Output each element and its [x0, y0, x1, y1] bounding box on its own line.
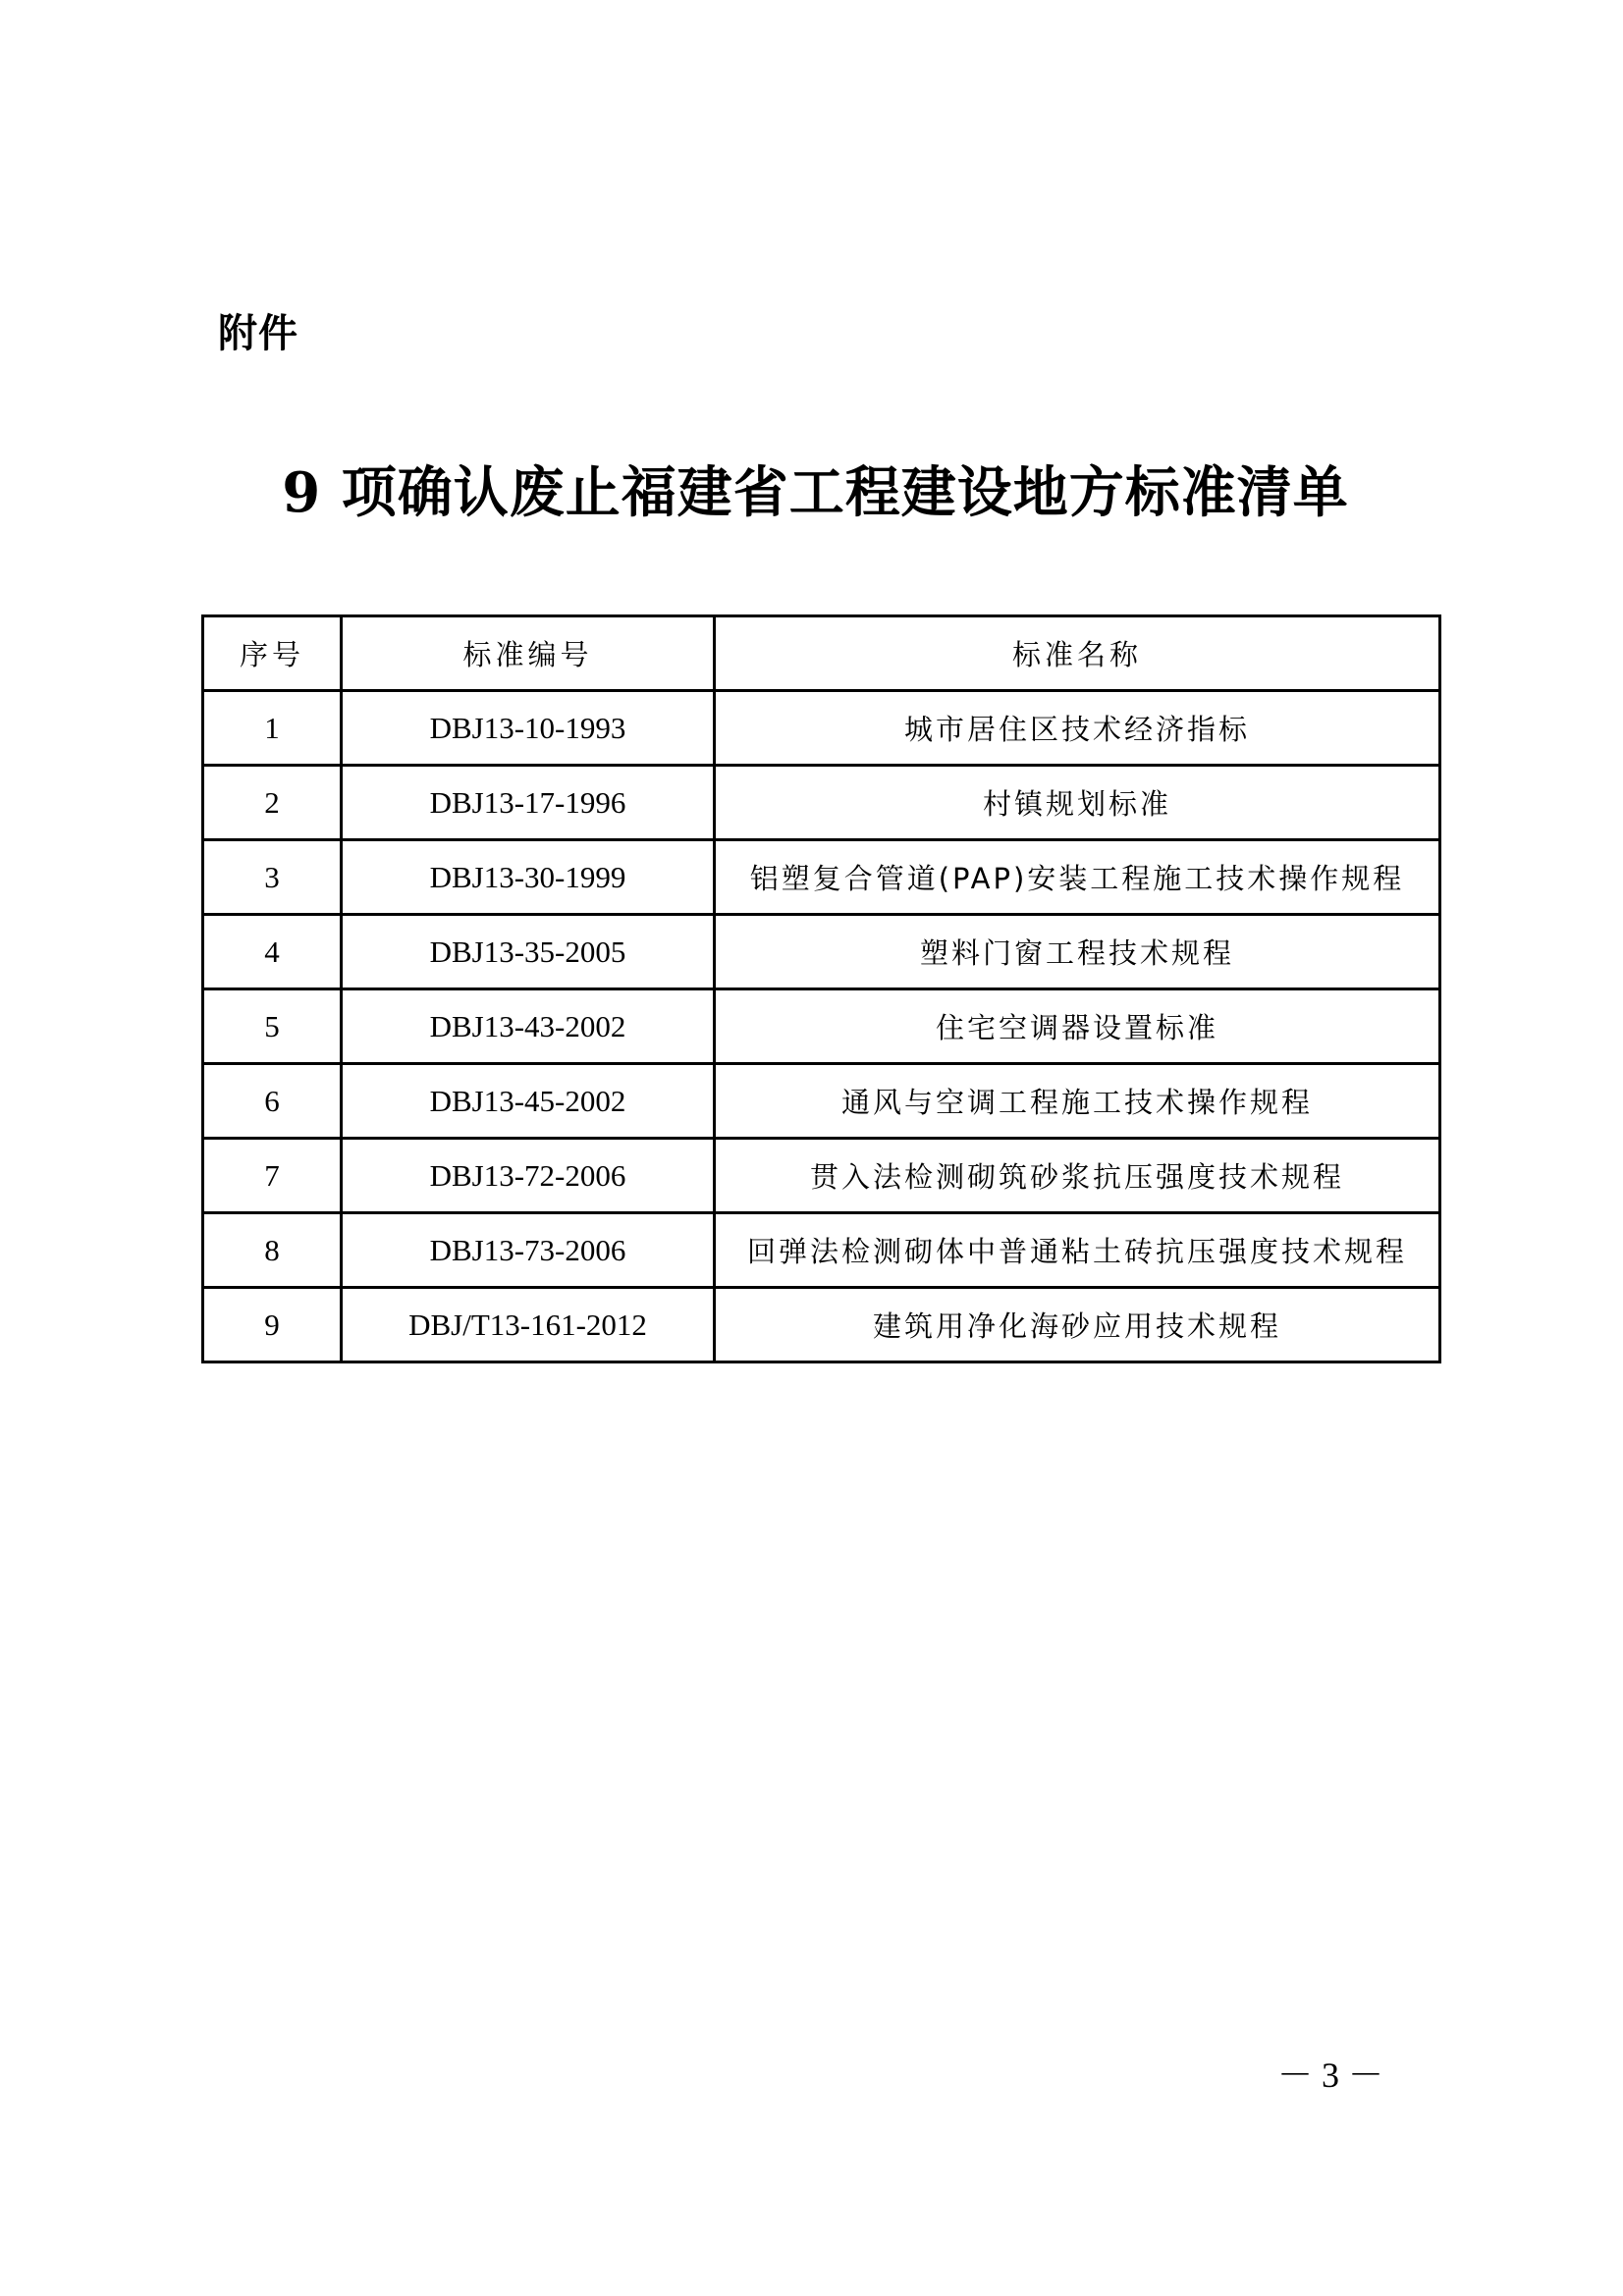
cell-name: 塑料门窗工程技术规程: [715, 915, 1440, 989]
cell-code: DBJ13-10-1993: [342, 691, 715, 766]
cell-code: DBJ13-72-2006: [342, 1139, 715, 1213]
table-row: 9 DBJ/T13-161-2012 建筑用净化海砂应用技术规程: [203, 1288, 1440, 1362]
table-row: 1 DBJ13-10-1993 城市居住区技术经济指标: [203, 691, 1440, 766]
cell-seq: 8: [203, 1213, 342, 1288]
table-row: 5 DBJ13-43-2002 住宅空调器设置标准: [203, 989, 1440, 1064]
standards-table: 序号 标准编号 标准名称 1 DBJ13-10-1993 城市居住区技术经济指标…: [201, 614, 1441, 1363]
cell-seq: 7: [203, 1139, 342, 1213]
cell-seq: 3: [203, 840, 342, 915]
cell-code: DBJ13-43-2002: [342, 989, 715, 1064]
cell-name: 贯入法检测砌筑砂浆抗压强度技术规程: [715, 1139, 1440, 1213]
header-name: 标准名称: [715, 616, 1440, 691]
cell-name: 村镇规划标准: [715, 766, 1440, 840]
cell-seq: 1: [203, 691, 342, 766]
document-title: 9 项确认废止福建省工程建设地方标准清单: [0, 455, 1623, 530]
table-row: 4 DBJ13-35-2005 塑料门窗工程技术规程: [203, 915, 1440, 989]
table-row: 8 DBJ13-73-2006 回弹法检测砌体中普通粘土砖抗压强度技术规程: [203, 1213, 1440, 1288]
cell-code: DBJ13-30-1999: [342, 840, 715, 915]
cell-name: 回弹法检测砌体中普通粘土砖抗压强度技术规程: [715, 1213, 1440, 1288]
cell-name: 住宅空调器设置标准: [715, 989, 1440, 1064]
cell-code: DBJ/T13-161-2012: [342, 1288, 715, 1362]
attachment-label: 附件: [218, 308, 298, 359]
table-row: 6 DBJ13-45-2002 通风与空调工程施工技术操作规程: [203, 1064, 1440, 1139]
cell-name: 铝塑复合管道(PAP)安装工程施工技术操作规程: [715, 840, 1440, 915]
cell-seq: 5: [203, 989, 342, 1064]
cell-seq: 4: [203, 915, 342, 989]
cell-name: 建筑用净化海砂应用技术规程: [715, 1288, 1440, 1362]
table-row: 2 DBJ13-17-1996 村镇规划标准: [203, 766, 1440, 840]
cell-name: 城市居住区技术经济指标: [715, 691, 1440, 766]
cell-code: DBJ13-45-2002: [342, 1064, 715, 1139]
cell-code: DBJ13-73-2006: [342, 1213, 715, 1288]
table-row: 3 DBJ13-30-1999 铝塑复合管道(PAP)安装工程施工技术操作规程: [203, 840, 1440, 915]
cell-name: 通风与空调工程施工技术操作规程: [715, 1064, 1440, 1139]
cell-code: DBJ13-17-1996: [342, 766, 715, 840]
header-seq: 序号: [203, 616, 342, 691]
table-header-row: 序号 标准编号 标准名称: [203, 616, 1440, 691]
header-code: 标准编号: [342, 616, 715, 691]
page-number: － 3 －: [1276, 2054, 1384, 2097]
table-row: 7 DBJ13-72-2006 贯入法检测砌筑砂浆抗压强度技术规程: [203, 1139, 1440, 1213]
cell-seq: 9: [203, 1288, 342, 1362]
cell-code: DBJ13-35-2005: [342, 915, 715, 989]
cell-seq: 6: [203, 1064, 342, 1139]
cell-seq: 2: [203, 766, 342, 840]
